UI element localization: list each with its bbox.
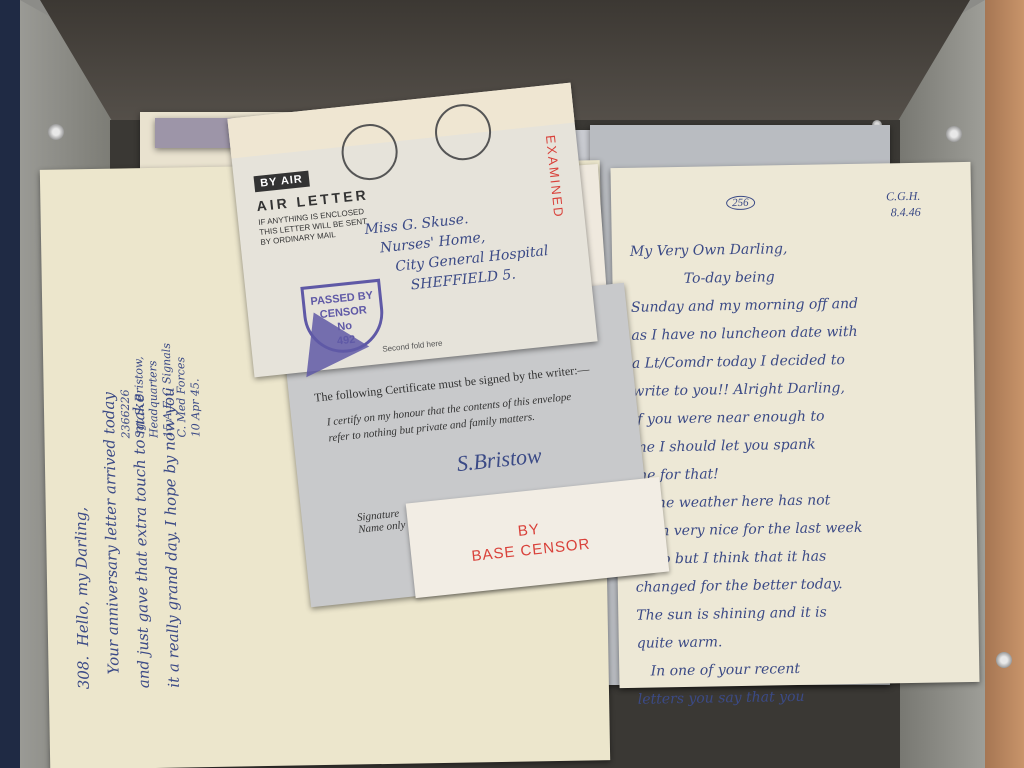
passed-by-censor-stamp: PASSED BYCENSORNo492 xyxy=(300,279,387,357)
letter-number: 256 xyxy=(726,196,755,210)
base-censor-label: BYBASE CENSOR xyxy=(469,515,592,567)
fold-instruction: Second fold here xyxy=(382,339,443,354)
signature: S.Bristow xyxy=(456,442,543,477)
letter-header: C.G.H.8.4.46 xyxy=(886,188,921,221)
examined-label: EXAMINED xyxy=(543,134,567,219)
letter-left-header: 2366226 Sgt S. Bristow, Headquarters 15 … xyxy=(118,342,204,438)
handwritten-letter-right: 256 C.G.H.8.4.46 My Very Own Darling, To… xyxy=(610,162,979,688)
letter-right-text: My Very Own Darling, To-day being Sunday… xyxy=(630,234,866,714)
signature-label: SignatureName only xyxy=(356,507,406,536)
air-letter-envelope: BY AIR AIR LETTER IF ANYTHING IS ENCLOSE… xyxy=(227,83,597,378)
by-air-label: BY AIR xyxy=(254,171,310,193)
recipient-address: Miss G. Skuse. Nurses' Home, City Genera… xyxy=(364,201,552,299)
bolt-icon xyxy=(946,126,962,142)
bolt-icon xyxy=(996,652,1012,668)
